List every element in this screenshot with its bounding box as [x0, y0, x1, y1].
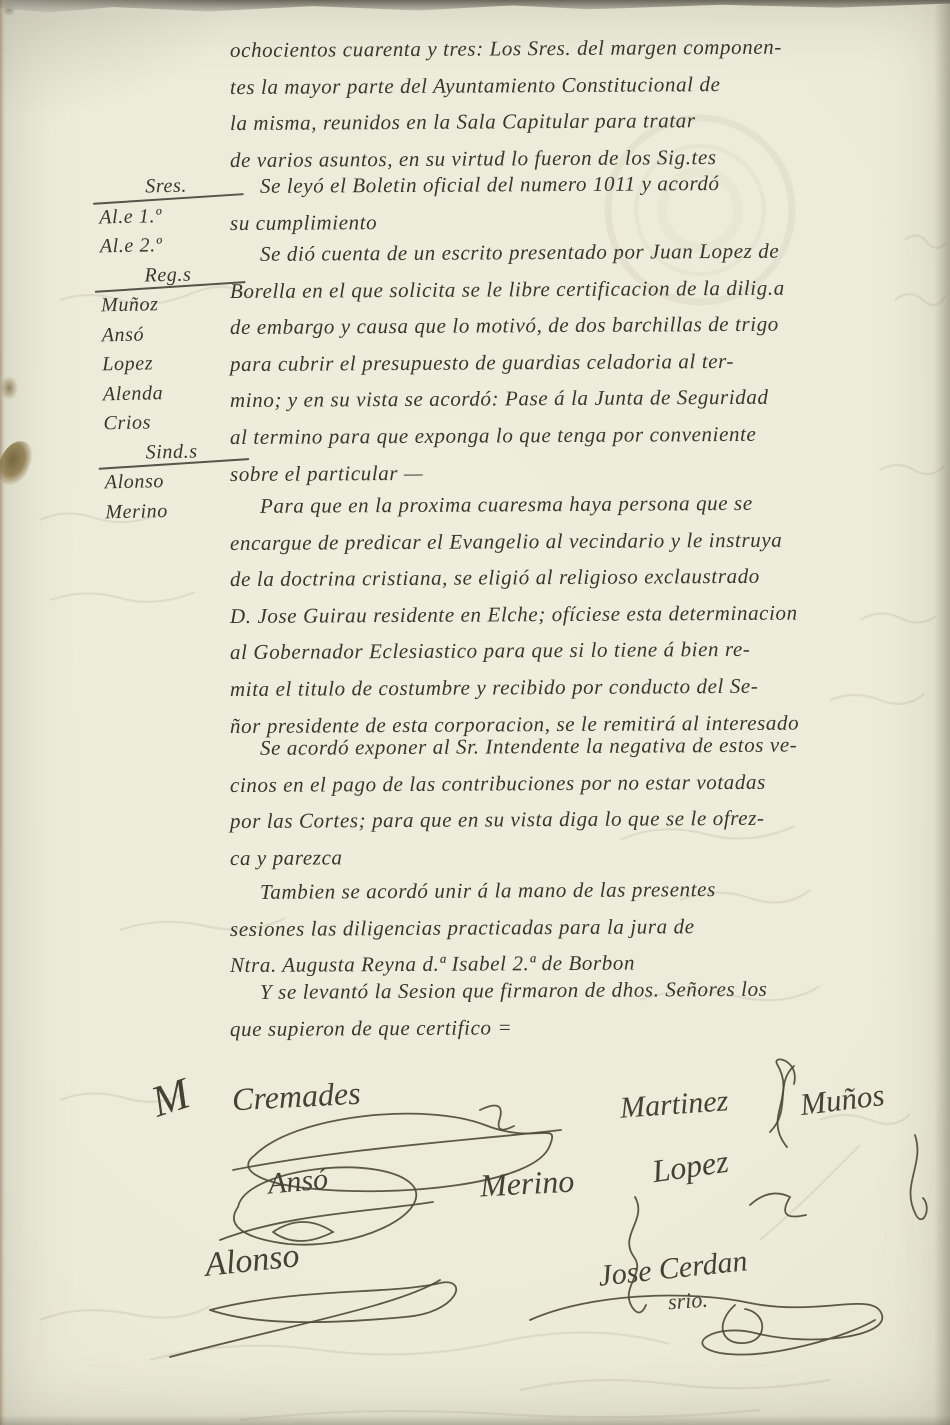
manuscript-line: al termino para que exponga lo que tenga… [230, 415, 898, 456]
margin-item-alcalde1: Al.e 1.º [99, 200, 235, 232]
manuscript-line: mita el titulo de costumbre y recibido p… [230, 667, 898, 708]
margin-item-alcalde2: Al.e 2.º [100, 230, 236, 262]
margin-item-crios: Crios [103, 407, 239, 439]
manuscript-line: por las Cortes; para que en su vista dig… [230, 799, 898, 840]
margin-label: Merino [105, 500, 168, 523]
manuscript-line: ochocientos cuarenta y tres: Los Sres. d… [230, 28, 898, 69]
manuscript-line: Se dió cuenta de un escrito presentado p… [230, 232, 898, 273]
margin-item-merino: Merino [105, 495, 241, 527]
paragraph-cuaresma: Para que en la proxima cuaresma haya per… [230, 486, 898, 742]
manuscript-line: cinos en el pago de las contribuciones p… [230, 763, 898, 804]
margin-label: Sres. [145, 175, 187, 198]
manuscript-line: Y se levantó la Sesion que firmaron de d… [230, 970, 898, 1011]
margin-item-alonso: Alonso [104, 466, 240, 498]
manuscript-line: de embargo y causa que lo motivó, de dos… [230, 305, 898, 346]
signature-merino: Merino [479, 1163, 575, 1205]
margin-label: Crios [103, 411, 151, 434]
manuscript-line: al Gobernador Eclesiastico para que si l… [230, 630, 898, 671]
margin-item-lopez: Lopez [102, 348, 238, 380]
manuscript-line: Tambien se acordó unir á la mano de las … [230, 870, 898, 911]
paragraph-boletin: Se leyó el Boletin oficial del numero 10… [230, 166, 898, 239]
margin-label: Alenda [103, 382, 164, 405]
margin-heading-sindicos: Sind.s [104, 436, 240, 468]
paragraph-escrito-lopez: Se dió cuenta de un escrito presentado p… [230, 234, 898, 490]
manuscript-line: de la doctrina cristiana, se eligió al r… [230, 557, 898, 598]
top-left-corner-shading [0, 0, 240, 120]
margin-label: Al.e 1.º [99, 205, 162, 228]
paragraph-jura-reina: Tambien se acordó unir á la mano de las … [230, 872, 898, 982]
manuscript-line: para cubrir el presupuesto de guardias c… [230, 342, 898, 383]
manuscript-page: Sres. Al.e 1.º Al.e 2.º Reg.s Muñoz Ansó… [0, 0, 950, 1425]
paragraph-cierre: Y se levantó la Sesion que firmaron de d… [230, 972, 898, 1045]
rubric-lopez [740, 1175, 820, 1235]
margin-label: Alonso [105, 470, 165, 493]
paragraph-opening: ochocientos cuarenta y tres: Los Sres. d… [230, 30, 898, 176]
margin-label: Reg.s [144, 263, 191, 286]
margin-item-anso: Ansó [101, 318, 237, 350]
margin-item-munoz: Muñoz [101, 289, 237, 321]
margin-label: Sind.s [145, 440, 197, 463]
manuscript-line: Para que en la proxima cuaresma haya per… [230, 484, 898, 525]
manuscript-line: que supieron de que certifico = [230, 1007, 898, 1048]
manuscript-line: Borella en el que solicita se le libre c… [230, 269, 898, 310]
manuscript-line: mino; y en su vista se acordó: Pase á la… [230, 378, 898, 419]
manuscript-line: encargue de predicar el Evangelio al vec… [230, 521, 898, 562]
rubric-alonso [140, 1265, 460, 1365]
left-page-edge [0, 0, 6, 1425]
bottom-page-shadow [0, 1415, 950, 1425]
margin-label: Lopez [102, 352, 153, 375]
manuscript-line: sesiones las diligencias practicadas par… [230, 907, 898, 948]
margin-attendee-list: Sres. Al.e 1.º Al.e 2.º Reg.s Muñoz Ansó… [98, 171, 240, 528]
manuscript-line: la misma, reunidos en la Sala Capitular … [230, 101, 898, 142]
manuscript-line: D. Jose Guirau residente en Elche; ofíci… [230, 594, 898, 635]
margin-item-alenda: Alenda [103, 377, 239, 409]
manuscript-line: Se leyó el Boletin oficial del numero 10… [230, 164, 898, 205]
margin-label: Muñoz [101, 293, 159, 316]
margin-label: Ansó [101, 323, 144, 346]
manuscript-line: Se acordó exponer al Sr. Intendente la n… [230, 726, 898, 767]
manuscript-line: tes la mayor parte del Ayuntamiento Cons… [230, 65, 898, 106]
margin-heading-sres: Sres. [98, 171, 234, 203]
margin-heading-regidores: Reg.s [100, 259, 236, 291]
rubric-munos [890, 1130, 940, 1240]
right-page-shadow [934, 0, 950, 1425]
rubric-cerdan [520, 1275, 900, 1365]
margin-label: Al.e 2.º [100, 234, 163, 257]
paragraph-intendente: Se acordó exponer al Sr. Intendente la n… [230, 728, 898, 874]
